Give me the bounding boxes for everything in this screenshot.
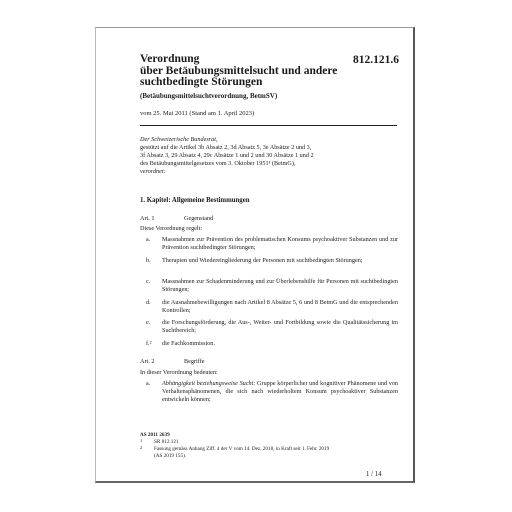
title-line: Verordnung — [140, 54, 337, 66]
document-date: vom 25. Mai 2011 (Stand am 1. April 2023… — [140, 110, 254, 117]
document-abbreviation: (Betäubungsmittelsuchtverordnung, BetmSV… — [140, 92, 277, 100]
page-number: 1 / 14 — [366, 471, 381, 478]
preamble-basis-line: des Betäubungsmittelgesetzes vom 3. Okto… — [140, 160, 314, 168]
list-item: e. die Forschungsförderung, die Aus-, We… — [140, 319, 398, 335]
preamble: Der Schweizerische Bundesrat, gestützt a… — [140, 136, 314, 176]
article-2-heading: Art. 2Begriffe — [140, 358, 205, 365]
list-item: a. Abhängigkeit beziehungsweise Sucht: G… — [140, 380, 398, 404]
document-title: Verordnung über Betäubungsmittelsucht un… — [140, 54, 337, 89]
preamble-basis-line: 3f Absatz 3, 29 Absatz 4, 29c Absätze 1 … — [140, 152, 314, 160]
article-2-intro: In dieser Verordnung bedeuten: — [140, 369, 218, 376]
article-title: Begriffe — [184, 358, 205, 365]
article-1-intro: Diese Verordnung regelt: — [140, 225, 202, 232]
list-item: c. Massnahmen zur Schadenminderung und z… — [140, 278, 398, 294]
article-title: Gegenstand — [184, 215, 213, 222]
list-item: b. Therapien und Wiedereingliederung der… — [140, 257, 398, 265]
document-page: 812.121.6 Verordnung über Betäubungsmitt… — [95, 27, 415, 483]
preamble-basis-line: gestützt auf die Artikel 3b Absatz 2, 3d… — [140, 144, 314, 152]
preamble-issuer: Der Schweizerische Bundesrat, — [140, 136, 218, 143]
list-item: a. Massnahmen zur Prävention des problem… — [140, 236, 398, 252]
chapter-heading: 1. Kapitel: Allgemeine Bestimmungen — [140, 197, 250, 204]
title-line: suchtbedingte Störungen — [140, 77, 337, 89]
list-item: d. die Ausnahmebewilligungen nach Artike… — [140, 299, 398, 315]
article-number: Art. 2 — [140, 358, 184, 365]
defined-term: Abhängigkeit beziehungsweise Sucht: — [162, 380, 255, 387]
article-number: Art. 1 — [140, 215, 184, 222]
sr-number: 812.121.6 — [353, 54, 399, 66]
preamble-decree: verordnet: — [140, 168, 166, 175]
article-1-heading: Art. 1Gegenstand — [140, 215, 213, 222]
as-reference: AS 2011 2639 — [140, 432, 170, 438]
title-divider — [140, 125, 397, 126]
list-item: f.² die Fachkommission. — [140, 340, 398, 348]
